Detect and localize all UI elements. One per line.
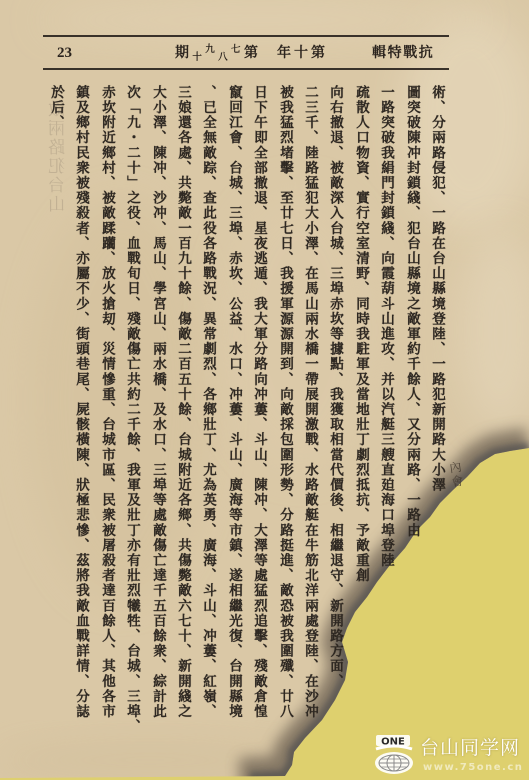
text-column: 圖突破陳冲封鎖綫、犯台山縣境之敵軍約千餘人、又分兩路、一路由 xyxy=(403,85,421,538)
page-number: 23 xyxy=(57,44,72,62)
text-column: 赤坎附近鄉村、被敵蹂躪、放火搶刧、災情慘重、台城市區、民衆被屠殺者達百餘人、其他… xyxy=(98,85,116,719)
text-column: 疏散人口物資、實行空室清野、同時我駐軍及當地壯丁劇烈抵抗、予敵重創 xyxy=(352,85,370,583)
site-name: 台山同学网 xyxy=(420,737,520,759)
header-bottom-rule xyxy=(43,68,449,70)
text-column: 於后、 xyxy=(47,85,65,130)
text-column: 日下午即全部撤退、星夜逃遁、我大軍分路向冲蔞、斗山、陳冲、大澤等處猛烈追擊、殘敵… xyxy=(250,85,268,719)
text-column: 鎮及鄉村民衆被殘殺者、亦屬不少、街頭巷尾、屍骸橫陳、狀極悲慘、茲將我敵血戰詳情、… xyxy=(72,85,90,719)
site-url: www.75one.cn xyxy=(423,762,523,774)
issue-number: 第 七 八 九 十 期 xyxy=(175,44,258,62)
text-column: 、已全無敵踪、查此役各路戰況、異常劇烈、各鄉壯丁、尤為英勇、廣海、斗山、冲蔞、紅… xyxy=(199,85,217,719)
section-title: 抗戰特輯 xyxy=(372,44,434,62)
text-column: 術、分兩路侵犯、一路在台山縣境登陸、一路犯新開路大小澤 xyxy=(428,85,446,493)
issue-number-digit: 十 xyxy=(192,53,202,62)
site-logo-icon: ONE xyxy=(370,733,418,777)
issue-number-digit: 九 xyxy=(205,45,215,54)
text-column: 二三千、陸路猛犯大小澤、在馬山兩水橋一帶展開激戰、水路敵艇在牛筋北洋兩處登陸、在… xyxy=(301,85,319,719)
issue-number-digit: 七 xyxy=(231,45,241,54)
issue-suffix: 期 xyxy=(175,44,189,62)
header-top-rule xyxy=(43,35,449,37)
text-column: 大小澤、陳冲、沙冲、馬山、學宮山、兩水橋、及水口、三埠等處敵傷亡達千五百餘衆、綜… xyxy=(149,85,167,719)
text-column: 被我猛烈堵擊、至廿七日、我援軍源源開到、向敵採包圍形勢、分路挺進、敵恐被我圍殲、… xyxy=(276,85,294,719)
text-column: 向右撤退、被敵深入台城、三埠赤坎等據點、我獲取相當代價後、相繼退守、新開路方面、 xyxy=(326,85,344,689)
volume-year: 第十年 xyxy=(277,44,328,62)
text-column: 竄回江會、台城、三埠、赤坎、公益、水口、冲蔞、斗山、廣海等市鎮、遂相繼光復、台開… xyxy=(225,85,243,719)
issue-prefix: 第 xyxy=(244,44,258,62)
text-column: 次「九・二十」之役、血戰旬日、殘敵傷亡共約二千餘、我軍及壯丁亦有壯烈犧牲、台城、… xyxy=(123,85,141,734)
text-column: 一路突破我絹門封鎖綫、向霞葫斗山進攻、并以汽艇三艘直廹海口埠登陸 xyxy=(377,85,395,568)
text-column: 三娘還各處、共斃敵一百九十餘、傷敵二百五十餘、台城附近各鄉、共傷斃敵六七十、新開… xyxy=(174,85,192,719)
issue-number-digit: 八 xyxy=(218,53,228,62)
